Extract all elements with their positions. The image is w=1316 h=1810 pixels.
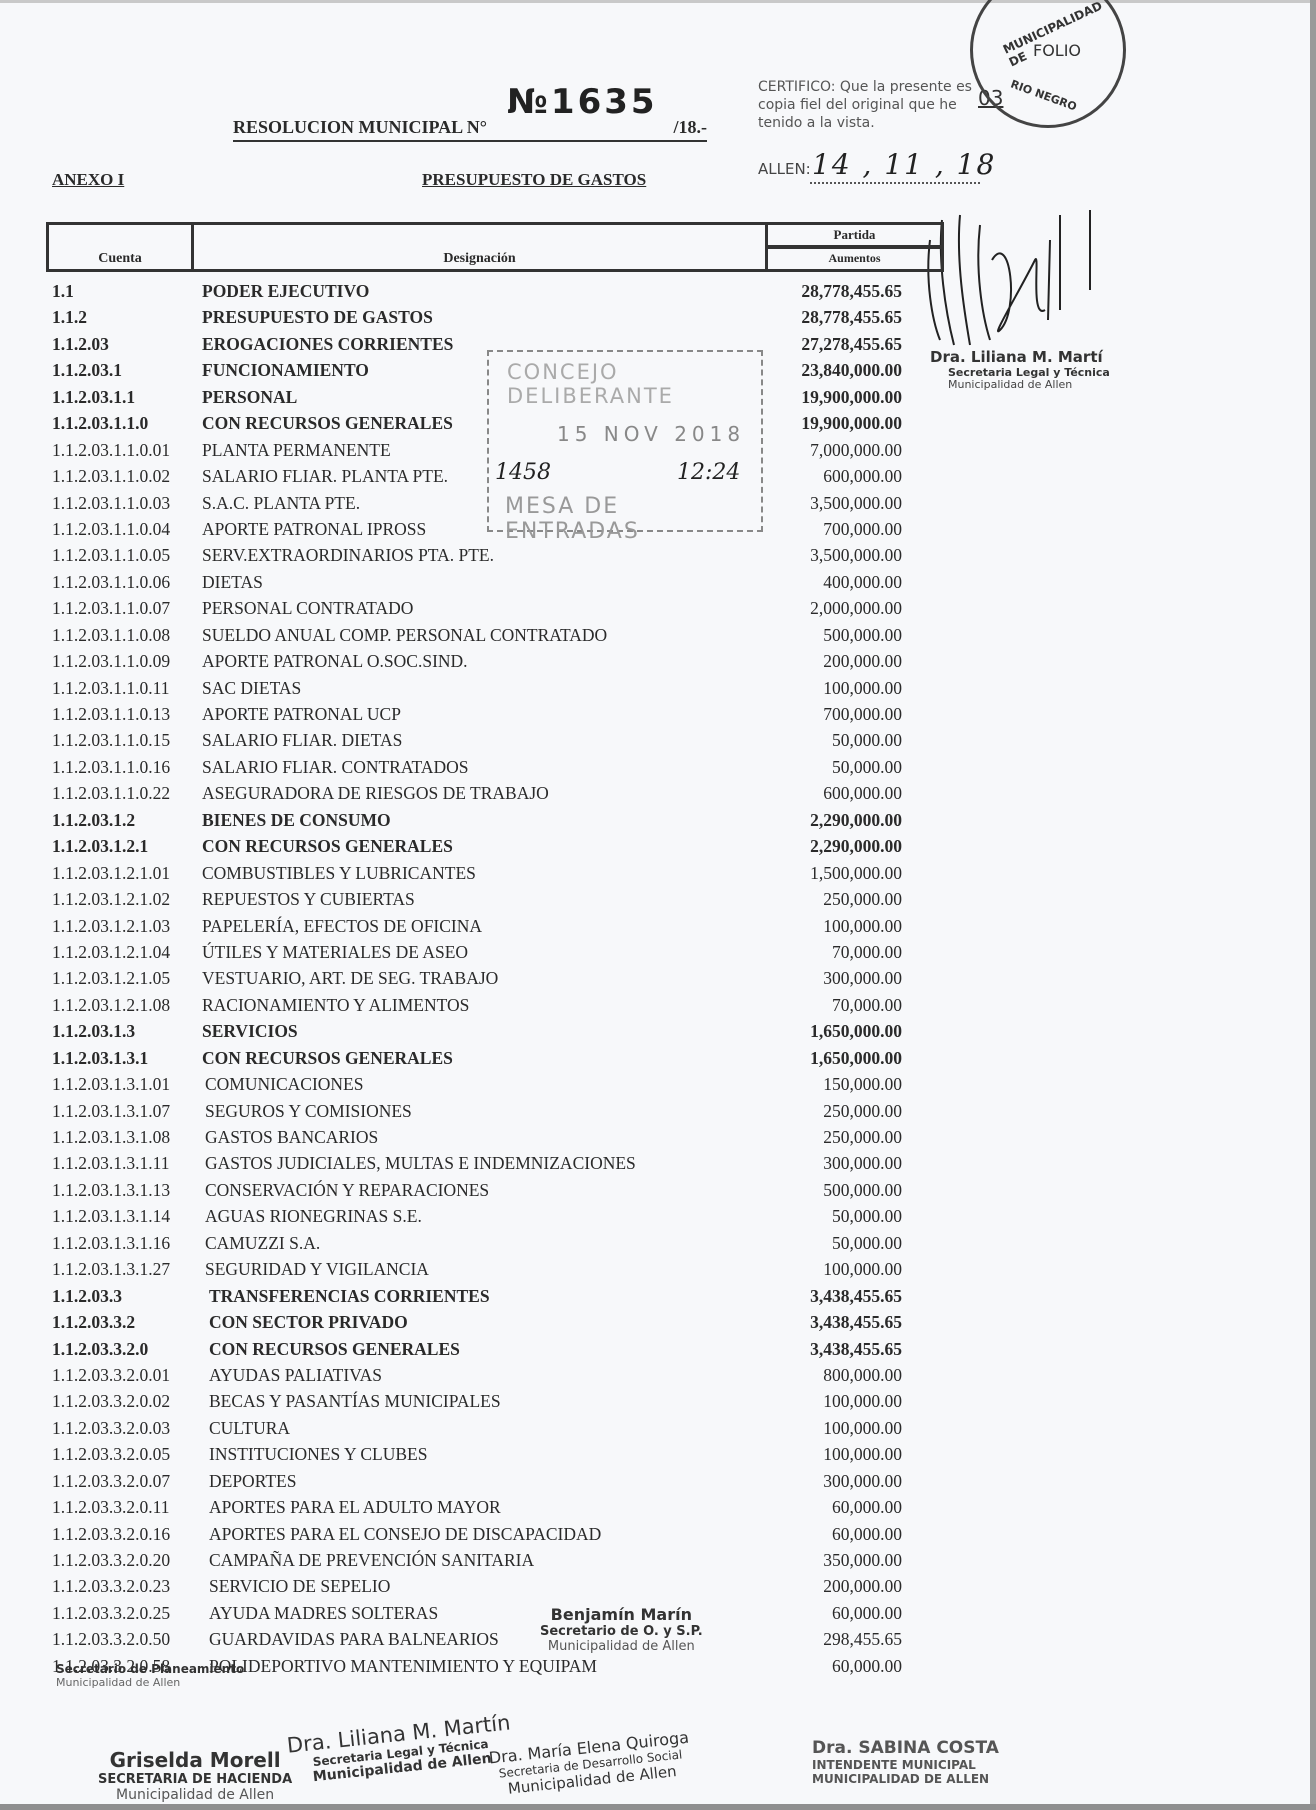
table-row: 1.1.2.03.1.2.1.05VESTUARIO, ART. DE SEG.… [52,965,902,991]
table-row: 1.1.2.03.1.1.0.08SUELDO ANUAL COMP. PERS… [52,622,902,648]
account-designation: PERSONAL CONTRATADO [202,598,413,619]
table-row: 1.1.2.03.1.1.0CON RECURSOS GENERALES19,9… [52,410,902,436]
amount-increase: 500,000.00 [823,1180,902,1201]
account-code: 1.1.2.03.1.1.0.11 [52,678,169,699]
table-row: 1.1.2.03.1.3.1.16CAMUZZI S.A.50,000.00 [52,1230,902,1256]
account-code: 1.1.2.03.1.1.0.05 [52,545,170,566]
amount-increase: 100,000.00 [823,1418,902,1439]
account-code: 1.1.2.03.1.2 [52,810,135,831]
amount-increase: 150,000.00 [823,1074,902,1095]
account-designation: INSTITUCIONES Y CLUBES [209,1444,427,1465]
reception-stamp: CONCEJO DELIBERANTE 15 NOV 2018 1458 12:… [487,350,763,532]
account-designation: TRANSFERENCIAS CORRIENTES [209,1286,490,1307]
table-row: 1.1.2.03.1.2.1.02REPUESTOS Y CUBIERTAS25… [52,886,902,912]
table-row: 1.1.2.03.1.3.1.11GASTOS JUDICIALES, MULT… [52,1150,902,1176]
signature-stamp-martinez: Secretario de Planeamiento Municipalidad… [56,1662,244,1689]
signature-org: Municipalidad de Allen [56,1676,244,1689]
account-code: 1.1.2.03.3.2.0.01 [52,1365,170,1386]
account-designation: CONSERVACIÓN Y REPARACIONES [205,1180,489,1201]
account-designation: CULTURA [209,1418,290,1439]
table-row: 1.1.2.03.3.2.0CON RECURSOS GENERALES3,43… [52,1336,902,1362]
amount-increase: 60,000.00 [832,1603,902,1624]
resolution-year: /18.- [674,117,708,138]
amount-increase: 1,650,000.00 [810,1048,902,1069]
amount-increase: 50,000.00 [832,1206,902,1227]
signature-org: Municipalidad de Allen [540,1639,703,1654]
account-code: 1.1.2.03.1.1.0.08 [52,625,170,646]
amount-increase: 250,000.00 [823,1127,902,1148]
signature-role: SECRETARIA DE HACIENDA [98,1772,292,1787]
account-designation: SEGURIDAD Y VIGILANCIA [205,1259,429,1280]
account-designation: VESTUARIO, ART. DE SEG. TRABAJO [202,968,498,989]
table-header: Cuenta Designación Partida Aumentos [46,222,898,274]
table-row: 1.1.2.03.1.1.0.15SALARIO FLIAR. DIETAS50… [52,727,902,753]
account-code: 1.1.2.03.3.2.0.03 [52,1418,170,1439]
account-designation: CON RECURSOS GENERALES [209,1339,460,1360]
amount-increase: 800,000.00 [823,1365,902,1386]
account-code: 1.1.2.03.3.2.0 [52,1339,148,1360]
account-code: 1.1.2.03.1.1.0.13 [52,704,170,725]
amount-increase: 100,000.00 [823,916,902,937]
account-designation: SALARIO FLIAR. DIETAS [202,730,402,751]
amount-increase: 70,000.00 [832,995,902,1016]
reception-stamp-office: MESA DE ENTRADAS [505,494,761,544]
budget-table-body: 1.1PODER EJECUTIVO28,778,455.651.1.2PRES… [52,278,902,1679]
amount-increase: 350,000.00 [823,1550,902,1571]
table-row: 1.1.2.03.1.2.1.04ÚTILES Y MATERIALES DE … [52,939,902,965]
table-row: 1.1.2PRESUPUESTO DE GASTOS28,778,455.65 [52,304,902,330]
amount-increase: 2,290,000.00 [810,836,902,857]
account-code: 1.1.2.03.1.3.1.14 [52,1206,170,1227]
table-row: 1.1.2.03.1.1.0.02SALARIO FLIAR. PLANTA P… [52,463,902,489]
account-designation: SERVICIO DE SEPELIO [209,1576,390,1597]
account-code: 1.1.2.03.1.3.1.01 [52,1074,170,1095]
table-row: 1.1.2.03.1FUNCIONAMIENTO23,840,000.00 [52,357,902,383]
table-row: 1.1.2.03.1.3.1.01COMUNICACIONES150,000.0… [52,1071,902,1097]
table-row: 1.1.2.03EROGACIONES CORRIENTES27,278,455… [52,331,902,357]
amount-increase: 60,000.00 [832,1497,902,1518]
account-designation: AGUAS RIONEGRINAS S.E. [205,1206,422,1227]
amount-increase: 1,500,000.00 [810,863,902,884]
annex-label: ANEXO I [52,170,124,190]
account-code: 1.1.2.03.1.3.1.08 [52,1127,170,1148]
account-designation: EROGACIONES CORRIENTES [202,334,453,355]
amount-increase: 100,000.00 [823,1259,902,1280]
amount-increase: 50,000.00 [832,757,902,778]
account-code: 1.1.2.03.3.2.0.23 [52,1576,170,1597]
amount-increase: 3,438,455.65 [810,1312,902,1333]
signature-role: Secretario de Planeamiento [56,1662,244,1676]
account-code: 1.1.2.03.1.2.1.04 [52,942,170,963]
table-row: 1.1.2.03.3.2.0.01AYUDAS PALIATIVAS800,00… [52,1362,902,1388]
account-designation: CAMPAÑA DE PREVENCIÓN SANITARIA [209,1550,534,1571]
folio-seal-center-text: FOLIO [1033,41,1081,60]
account-designation: APORTES PARA EL ADULTO MAYOR [209,1497,501,1518]
resolution-number-stamp: №1635 [507,82,658,122]
account-designation: SALARIO FLIAR. PLANTA PTE. [202,466,448,487]
table-row: 1.1.2.03.1.1.0.05SERV.EXTRAORDINARIOS PT… [52,542,902,568]
account-code: 1.1.2.03.1.1.0.01 [52,440,170,461]
account-designation: CON SECTOR PRIVADO [209,1312,408,1333]
account-designation: GASTOS JUDICIALES, MULTAS E INDEMNIZACIO… [205,1153,636,1174]
table-row: 1.1.2.03.1.1PERSONAL19,900,000.00 [52,384,902,410]
top-signature-org: Municipalidad de Allen [948,378,1072,391]
table-row: 1.1.2.03.1.1.0.11SAC DIETAS100,000.00 [52,675,902,701]
account-code: 1.1.2.03.1.1.0.16 [52,757,170,778]
amount-increase: 700,000.00 [823,519,902,540]
table-row: 1.1.2.03.3.2.0.03CULTURA100,000.00 [52,1415,902,1441]
amount-increase: 200,000.00 [823,651,902,672]
account-code: 1.1.2.03.3.2.0.11 [52,1497,169,1518]
account-designation: SALARIO FLIAR. CONTRATADOS [202,757,468,778]
account-designation: SERV.EXTRAORDINARIOS PTA. PTE. [202,545,494,566]
account-code: 1.1.2.03.1.3.1.11 [52,1153,169,1174]
table-row: 1.1.2.03.1.3.1.08GASTOS BANCARIOS250,000… [52,1124,902,1150]
account-code: 1.1.2.03.3.2.0.20 [52,1550,170,1571]
account-code: 1.1.2.03.3.2.0.05 [52,1444,170,1465]
table-row: 1.1.2.03.3.2.0.02BECAS Y PASANTÍAS MUNIC… [52,1388,902,1414]
account-designation: DEPORTES [209,1471,296,1492]
account-code: 1.1.2.03.1.2.1 [52,836,148,857]
amount-increase: 60,000.00 [832,1656,902,1677]
amount-increase: 300,000.00 [823,968,902,989]
reception-stamp-date: 15 NOV 2018 [557,422,745,446]
amount-increase: 100,000.00 [823,1391,902,1412]
signature-role: Secretario de O. y S.P. [540,1624,703,1639]
account-code: 1.1.2.03.1.1.0.04 [52,519,170,540]
account-designation: APORTE PATRONAL IPROSS [202,519,426,540]
amount-increase: 7,000,000.00 [810,440,902,461]
account-designation: COMUNICACIONES [205,1074,363,1095]
table-row: 1.1.2.03.1.1.0.22ASEGURADORA DE RIESGOS … [52,780,902,806]
account-designation: PLANTA PERMANENTE [202,440,391,461]
table-row: 1.1.2.03.3.2CON SECTOR PRIVADO3,438,455.… [52,1309,902,1335]
table-row: 1.1.2.03.3.2.0.07DEPORTES300,000.00 [52,1468,902,1494]
account-code: 1.1.2.03.3.2.0.02 [52,1391,170,1412]
table-row: 1.1.2.03.1.1.0.09APORTE PATRONAL O.SOC.S… [52,648,902,674]
signature-name: Benjamín Marín [540,1605,703,1624]
signature-stamp-marin: Benjamín Marín Secretario de O. y S.P. M… [540,1605,703,1654]
signature-name: Dra. SABINA COSTA [812,1738,999,1758]
header-cuenta-label: Cuenta [49,251,191,267]
amount-increase: 298,455.65 [823,1629,902,1650]
account-code: 1.1.2.03.1.3.1 [52,1048,148,1069]
header-partida: Partida [768,222,944,248]
account-designation: S.A.C. PLANTA PTE. [202,493,360,514]
account-designation: BIENES DE CONSUMO [202,810,391,831]
amount-increase: 300,000.00 [823,1153,902,1174]
header-cuenta: Cuenta [46,222,194,272]
page-top-edge [0,0,1316,3]
account-code: 1.1.2.03.3 [52,1286,122,1307]
account-designation: CON RECURSOS GENERALES [202,836,453,857]
signature-org: Municipalidad de Allen [98,1787,292,1803]
amount-increase: 3,500,000.00 [810,545,902,566]
account-code: 1.1.2.03.1.3.1.16 [52,1233,170,1254]
amount-increase: 2,000,000.00 [810,598,902,619]
reception-stamp-time: 12:24 [677,460,740,485]
amount-increase: 19,900,000.00 [801,413,902,434]
certification-line-1: CERTIFICO: Que la presente es [758,78,988,96]
table-row: 1.1.2.03.1.3.1CON RECURSOS GENERALES1,65… [52,1045,902,1071]
account-designation: SERVICIOS [202,1021,298,1042]
account-designation: POLIDEPORTIVO MANTENIMIENTO Y EQUIPAM [209,1656,597,1677]
table-row: 1.1.2.03.1.3.1.27SEGURIDAD Y VIGILANCIA1… [52,1256,902,1282]
table-row: 1.1.2.03.1.3.1.07SEGUROS Y COMISIONES250… [52,1098,902,1124]
certification-text: CERTIFICO: Que la presente es copia fiel… [758,78,988,132]
account-designation: AYUDA MADRES SOLTERAS [209,1603,438,1624]
amount-increase: 50,000.00 [832,730,902,751]
page-right-edge [1310,0,1316,1810]
signature-stamp-costa: Dra. SABINA COSTA INTENDENTE MUNICIPAL M… [812,1738,999,1786]
account-designation: REPUESTOS Y CUBIERTAS [202,889,415,910]
amount-increase: 600,000.00 [823,783,902,804]
amount-increase: 600,000.00 [823,466,902,487]
table-row: 1.1.2.03.1.1.0.13APORTE PATRONAL UCP700,… [52,701,902,727]
account-code: 1.1.2.03.1.3.1.13 [52,1180,170,1201]
table-row: 1.1.2.03.1.2.1.08RACIONAMIENTO Y ALIMENT… [52,992,902,1018]
table-row: 1.1.2.03.3.2.0.25AYUDA MADRES SOLTERAS60… [52,1600,902,1626]
table-row: 1.1.2.03.3TRANSFERENCIAS CORRIENTES3,438… [52,1283,902,1309]
account-code: 1.1.2.03.3.2.0.16 [52,1524,170,1545]
account-code: 1.1.2.03.1.1.0.09 [52,651,170,672]
place-label: ALLEN: [758,160,811,178]
table-row: 1.1.2.03.1.3SERVICIOS1,650,000.00 [52,1018,902,1044]
account-code: 1.1 [52,281,74,302]
amount-increase: 250,000.00 [823,1101,902,1122]
top-signature-block: Dra. Liliana M. Martí Secretaria Legal y… [920,200,1120,350]
account-designation: AYUDAS PALIATIVAS [209,1365,382,1386]
reception-stamp-org: CONCEJO DELIBERANTE [507,360,761,408]
amount-increase: 700,000.00 [823,704,902,725]
account-code: 1.1.2.03.1.1.0.15 [52,730,170,751]
account-code: 1.1.2.03.3.2.0.25 [52,1603,170,1624]
table-row: 1.1.2.03.3.2.0.50GUARDAVIDAS PARA BALNEA… [52,1626,902,1652]
table-row: 1.1.2.03.1.3.1.14AGUAS RIONEGRINAS S.E.5… [52,1203,902,1229]
account-code: 1.1.2.03.1.2.1.01 [52,863,170,884]
amount-increase: 100,000.00 [823,1444,902,1465]
handwritten-signature-icon [920,200,1120,350]
account-designation: PODER EJECUTIVO [202,281,369,302]
amount-increase: 300,000.00 [823,1471,902,1492]
header-partida-label: Partida [768,227,941,243]
table-row: 1.1.2.03.1.3.1.13CONSERVACIÓN Y REPARACI… [52,1177,902,1203]
account-designation: GUARDAVIDAS PARA BALNEARIOS [209,1629,499,1650]
amount-increase: 19,900,000.00 [801,387,902,408]
account-designation: SAC DIETAS [202,678,301,699]
amount-increase: 500,000.00 [823,625,902,646]
amount-increase: 1,650,000.00 [810,1021,902,1042]
account-designation: PAPELERÍA, EFECTOS DE OFICINA [202,916,482,937]
account-code: 1.1.2.03.1.1.0.06 [52,572,170,593]
signature-role: INTENDENTE MUNICIPAL [812,1758,999,1772]
account-code: 1.1.2.03 [52,334,109,355]
table-row: 1.1.2.03.3.2.0.05INSTITUCIONES Y CLUBES1… [52,1441,902,1467]
account-code: 1.1.2.03.3.2 [52,1312,135,1333]
table-row: 1.1.2.03.1.2.1CON RECURSOS GENERALES2,29… [52,833,902,859]
amount-increase: 2,290,000.00 [810,810,902,831]
table-row: 1.1PODER EJECUTIVO28,778,455.65 [52,278,902,304]
account-code: 1.1.2.03.1.1.0.03 [52,493,170,514]
account-designation: APORTE PATRONAL UCP [202,704,401,725]
amount-increase: 100,000.00 [823,678,902,699]
amount-increase: 250,000.00 [823,889,902,910]
account-code: 1.1.2.03.1.1.0.22 [52,783,170,804]
amount-increase: 60,000.00 [832,1524,902,1545]
account-designation: RACIONAMIENTO Y ALIMENTOS [202,995,469,1016]
table-row: 1.1.2.03.3.2.0.16APORTES PARA EL CONSEJO… [52,1521,902,1547]
account-designation: BECAS Y PASANTÍAS MUNICIPALES [209,1391,501,1412]
certification-line-2: copia fiel del original que he [758,96,988,114]
account-code: 1.1.2.03.1.3.1.27 [52,1259,170,1280]
table-row: 1.1.2.03.1.1.0.03S.A.C. PLANTA PTE.3,500… [52,490,902,516]
amount-increase: 28,778,455.65 [801,281,902,302]
account-code: 1.1.2.03.1.2.1.05 [52,968,170,989]
amount-increase: 3,500,000.00 [810,493,902,514]
resolution-label: RESOLUCION MUNICIPAL N° [233,117,487,138]
account-code: 1.1.2.03.3.2.0.50 [52,1629,170,1650]
amount-increase: 3,438,455.65 [810,1286,902,1307]
reception-stamp-number: 1458 [495,460,551,485]
signature-stamp-quiroga: Dra. María Elena Quiroga Secretaria de D… [488,1728,693,1800]
document-subtitle: PRESUPUESTO DE GASTOS [422,170,646,190]
table-row: 1.1.2.03.1.2.1.01COMBUSTIBLES Y LUBRICAN… [52,860,902,886]
header-designacion-label: Designación [194,251,765,267]
account-designation: ÚTILES Y MATERIALES DE ASEO [202,942,468,963]
date-dotted-line [810,182,980,184]
table-row: 1.1.2.03.3.2.0.11APORTES PARA EL ADULTO … [52,1494,902,1520]
account-code: 1.1.2.03.1.2.1.02 [52,889,170,910]
amount-increase: 200,000.00 [823,1576,902,1597]
amount-increase: 50,000.00 [832,1233,902,1254]
header-designacion: Designación [194,222,768,272]
handwritten-date: 14 , 11 , 18 [812,148,996,181]
table-row: 1.1.2.03.3.2.0.20CAMPAÑA DE PREVENCIÓN S… [52,1547,902,1573]
account-code: 1.1.2.03.1.2.1.08 [52,995,170,1016]
account-designation: ASEGURADORA DE RIESGOS DE TRABAJO [202,783,549,804]
amount-increase: 27,278,455.65 [801,334,902,355]
table-row: 1.1.2.03.1.1.0.16SALARIO FLIAR. CONTRATA… [52,754,902,780]
account-code: 1.1.2.03.1.1 [52,387,135,408]
table-row: 1.1.2.03.1.2.1.03PAPELERÍA, EFECTOS DE O… [52,913,902,939]
account-code: 1.1.2.03.1.3 [52,1021,135,1042]
account-designation: PERSONAL [202,387,297,408]
account-code: 1.1.2 [52,307,87,328]
signature-name: Griselda Morell [98,1748,292,1772]
account-code: 1.1.2.03.1.1.0.02 [52,466,170,487]
table-row: 1.1.2.03.3.2.0.23SERVICIO DE SEPELIO200,… [52,1573,902,1599]
table-row: 1.1.2.03.1.1.0.07PERSONAL CONTRATADO2,00… [52,595,902,621]
account-code: 1.1.2.03.1 [52,360,122,381]
account-designation: APORTE PATRONAL O.SOC.SIND. [202,651,468,672]
account-designation: CON RECURSOS GENERALES [202,1048,453,1069]
account-designation: SUELDO ANUAL COMP. PERSONAL CONTRATADO [202,625,607,646]
folio-seal-bottom-text: RIO NEGRO [1009,78,1079,114]
account-designation: GASTOS BANCARIOS [205,1127,378,1148]
table-row: 1.1.2.03.1.1.0.04APORTE PATRONAL IPROSS7… [52,516,902,542]
header-aumentos-label: Aumentos [768,251,941,266]
account-code: 1.1.2.03.1.2.1.03 [52,916,170,937]
top-signature-name: Dra. Liliana M. Martí [930,348,1103,366]
account-designation: FUNCIONAMIENTO [202,360,369,381]
account-designation: COMBUSTIBLES Y LUBRICANTES [202,863,476,884]
table-row: 1.1.2.03.1.2BIENES DE CONSUMO2,290,000.0… [52,807,902,833]
amount-increase: 23,840,000.00 [801,360,902,381]
account-code: 1.1.2.03.1.1.0 [52,413,148,434]
amount-increase: 28,778,455.65 [801,307,902,328]
account-code: 1.1.2.03.3.2.0.07 [52,1471,170,1492]
table-row: 1.1.2.03.1.1.0.06DIETAS400,000.00 [52,569,902,595]
account-code: 1.1.2.03.1.3.1.07 [52,1101,170,1122]
signature-stamp-martin: Dra. Liliana M. Martín Secretaria Legal … [286,1710,515,1787]
header-aumentos: Aumentos [768,246,944,272]
page-bottom-edge [0,1804,1316,1810]
signature-org: MUNICIPALIDAD DE ALLEN [812,1772,999,1786]
signature-stamp-morell: Griselda Morell SECRETARIA DE HACIENDA M… [98,1748,292,1803]
account-designation: PRESUPUESTO DE GASTOS [202,307,433,328]
certification-line-3: tenido a la vista. [758,114,988,132]
table-row: 1.1.2.03.1.1.0.01PLANTA PERMANENTE7,000,… [52,437,902,463]
account-designation: CAMUZZI S.A. [205,1233,320,1254]
account-designation: CON RECURSOS GENERALES [202,413,453,434]
account-designation: DIETAS [202,572,263,593]
amount-increase: 400,000.00 [823,572,902,593]
amount-increase: 70,000.00 [832,942,902,963]
amount-increase: 3,438,455.65 [810,1339,902,1360]
account-designation: APORTES PARA EL CONSEJO DE DISCAPACIDAD [209,1524,601,1545]
account-code: 1.1.2.03.1.1.0.07 [52,598,170,619]
account-designation: SEGUROS Y COMISIONES [205,1101,412,1122]
